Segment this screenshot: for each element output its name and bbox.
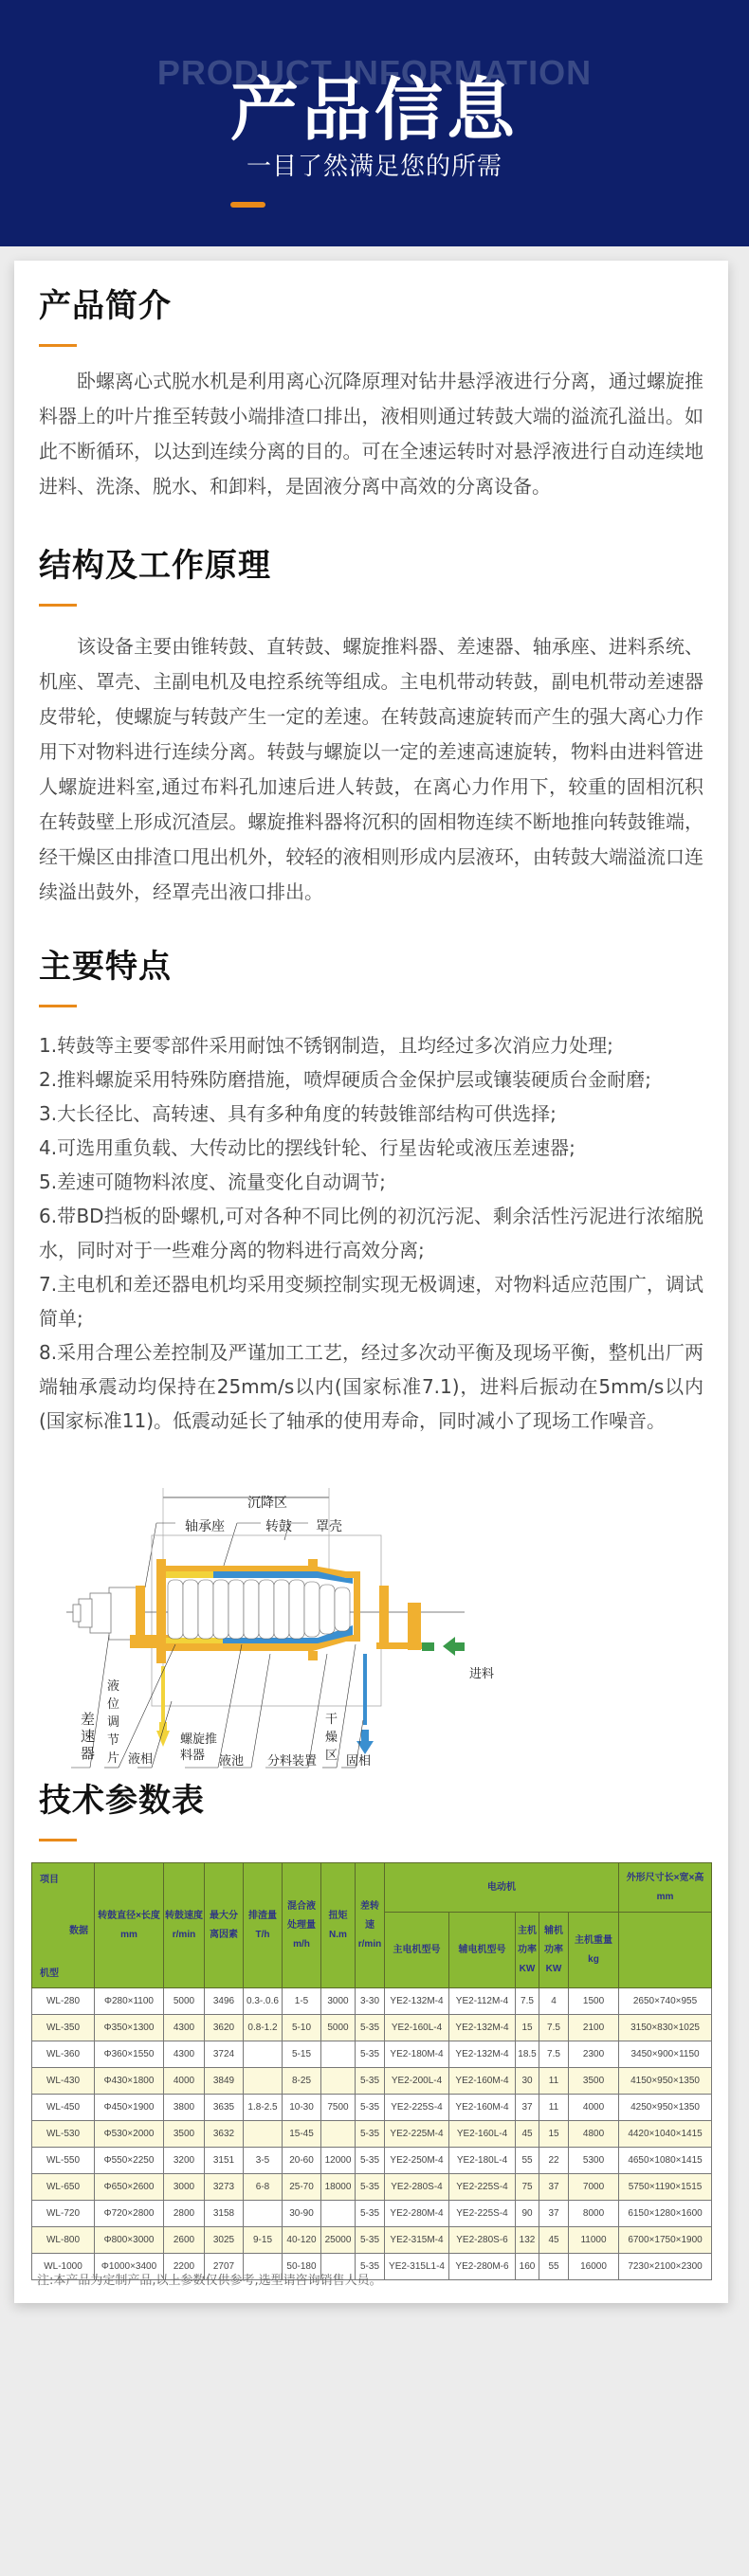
table-cell: 8-25: [283, 2068, 321, 2095]
table-cell: 11000: [569, 2227, 619, 2254]
table-cell: YE2-280M-6: [449, 2254, 516, 2280]
table-cell: YE2-132M-4: [449, 2041, 516, 2068]
table-cell: 5-35: [356, 2068, 385, 2095]
spec-table: 项目 数据 机型 转鼓直径×长度mm 转鼓速度r/min 最大分离因素 排渣量T…: [31, 1862, 712, 2280]
table-cell: 37: [539, 2174, 569, 2201]
table-cell: YE2-280S-6: [449, 2227, 516, 2254]
feature-item: 8.采用合理公差控制及严谨加工工艺，经过多次动平衡及现场平衡，整机出厂两端轴承震…: [39, 1335, 703, 1438]
table-row: WL-650Φ650×2600300032736-825-70180005-35…: [32, 2174, 712, 2201]
banner-subtitle: 一目了然满足您的所需: [0, 147, 749, 182]
col-torque: 扭矩N.m: [321, 1863, 356, 1988]
table-cell: 5300: [569, 2148, 619, 2174]
table-cell: 5-10: [283, 2015, 321, 2041]
table-cell: Φ430×1800: [95, 2068, 164, 2095]
label-differential: 差速器: [81, 1711, 95, 1762]
table-cell: 3496: [205, 1988, 244, 2015]
table-row: WL-360Φ360×1550430037245-155-35YE2-180M-…: [32, 2041, 712, 2068]
corner-model-label: 机型: [40, 1965, 59, 1984]
table-cell: 37: [516, 2095, 539, 2121]
table-cell: 3-30: [356, 1988, 385, 2015]
table-cell: 3500: [569, 2068, 619, 2095]
table-cell: [244, 2121, 283, 2148]
table-cell: YE2-160L-4: [449, 2121, 516, 2148]
table-cell: Φ800×3000: [95, 2227, 164, 2254]
banner-title: 产品信息: [0, 55, 749, 154]
table-cell: 3-5: [244, 2148, 283, 2174]
col-speed: 转鼓速度r/min: [164, 1863, 205, 1988]
table-row: WL-280Φ280×1100500034960.3-.0.61-530003-…: [32, 1988, 712, 2015]
table-cell: WL-650: [32, 2174, 95, 2201]
table-cell: YE2-112M-4: [449, 1988, 516, 2015]
table-cell: WL-800: [32, 2227, 95, 2254]
table-cell: 4250×950×1350: [619, 2095, 712, 2121]
table-cell: 3632: [205, 2121, 244, 2148]
table-cell: 4000: [569, 2095, 619, 2121]
intro-text: 卧螺离心式脱水机是利用离心沉降原理对钻井悬浮液进行分离，通过螺旋推料器上的叶片推…: [39, 364, 703, 504]
table-cell: 5000: [321, 2015, 356, 2041]
label-liquid-phase: 液相: [128, 1749, 153, 1767]
table-cell: 7000: [569, 2174, 619, 2201]
label-distributor: 分料装置: [267, 1751, 317, 1769]
table-cell: 5-35: [356, 2121, 385, 2148]
table-cell: 11: [539, 2068, 569, 2095]
table-cell: 3724: [205, 2041, 244, 2068]
table-cell: 90: [516, 2201, 539, 2227]
table-cell: 3200: [164, 2148, 205, 2174]
table-row: WL-800Φ800×3000260030259-1540-120250005-…: [32, 2227, 712, 2254]
feature-item: 1.转鼓等主要零部件采用耐蚀不锈钢制造，且均经过多次消应力处理;: [39, 1028, 703, 1062]
table-cell: 3000: [321, 1988, 356, 2015]
table-cell: 3000: [164, 2174, 205, 2201]
table-cell: 2800: [164, 2201, 205, 2227]
table-cell: 4300: [164, 2041, 205, 2068]
table-cell: 4650×1080×1415: [619, 2148, 712, 2174]
col-diameter: 转鼓直径×长度mm: [95, 1863, 164, 1988]
table-cell: WL-530: [32, 2121, 95, 2148]
group-motor: 电动机: [385, 1863, 619, 1913]
table-cell: WL-350: [32, 2015, 95, 2041]
table-cell: 37: [539, 2201, 569, 2227]
label-solid-phase: 固相: [346, 1751, 371, 1769]
table-cell: 3849: [205, 2068, 244, 2095]
table-cell: WL-280: [32, 1988, 95, 2015]
table-cell: 4300: [164, 2015, 205, 2041]
table-cell: 4420×1040×1415: [619, 2121, 712, 2148]
table-cell: 3151: [205, 2148, 244, 2174]
features-section: 主要特点 1.转鼓等主要零部件采用耐蚀不锈钢制造，且均经过多次消应力处理; 2.…: [14, 948, 728, 1438]
table-cell: Φ280×1100: [95, 1988, 164, 2015]
table-cell: [321, 2041, 356, 2068]
table-cell: WL-450: [32, 2095, 95, 2121]
table-cell: YE2-160M-4: [449, 2068, 516, 2095]
centrifuge-diagram: 沉降区 轴承座 转鼓 罩壳 差速器 液位调节片 液相 螺旋推料器 液池 分料装置…: [33, 1474, 711, 1787]
table-cell: 3450×900×1150: [619, 2041, 712, 2068]
col-dims: 外形尺寸长×宽×高mm: [619, 1863, 712, 1913]
table-cell: 15-45: [283, 2121, 321, 2148]
table-cell: YE2-315L1-4: [385, 2254, 449, 2280]
table-cell: 25-70: [283, 2174, 321, 2201]
label-screw-pusher: 螺旋推料器: [180, 1732, 220, 1764]
table-cell: 160: [516, 2254, 539, 2280]
intro-section: 产品简介 卧螺离心式脱水机是利用离心沉降原理对钻井悬浮液进行分离，通过螺旋推料器…: [14, 287, 728, 504]
content-card: 产品简介 卧螺离心式脱水机是利用离心沉降原理对钻井悬浮液进行分离，通过螺旋推料器…: [14, 261, 728, 2303]
table-cell: YE2-225S-4: [449, 2174, 516, 2201]
table-cell: Φ650×2600: [95, 2174, 164, 2201]
table-cell: YE2-180M-4: [385, 2041, 449, 2068]
table-cell: YE2-132M-4: [385, 1988, 449, 2015]
col-factor: 最大分离因素: [205, 1863, 244, 1988]
table-cell: 132: [516, 2227, 539, 2254]
table-cell: 55: [516, 2148, 539, 2174]
table-cell: 7.5: [539, 2041, 569, 2068]
table-cell: 12000: [321, 2148, 356, 2174]
table-cell: YE2-225M-4: [385, 2121, 449, 2148]
table-cell: [244, 2201, 283, 2227]
table-cell: 5000: [164, 1988, 205, 2015]
col-aux-motor: 辅电机型号: [449, 1913, 516, 1988]
feature-item: 6.带BD挡板的卧螺机,可对各种不同比例的初沉污泥、剩余活性污泥进行浓缩脱水，同…: [39, 1199, 703, 1267]
feature-item: 3.大长径比、高转速、具有多种角度的转鼓锥部结构可供选择;: [39, 1097, 703, 1131]
table-cell: YE2-280S-4: [385, 2174, 449, 2201]
table-cell: 16000: [569, 2254, 619, 2280]
table-row: WL-720Φ720×28002800315830-905-35YE2-280M…: [32, 2201, 712, 2227]
table-cell: YE2-280M-4: [385, 2201, 449, 2227]
table-cell: 3150×830×1025: [619, 2015, 712, 2041]
table-cell: 6700×1750×1900: [619, 2227, 712, 2254]
table-cell: 5750×1190×1515: [619, 2174, 712, 2201]
table-cell: WL-550: [32, 2148, 95, 2174]
table-cell: 8000: [569, 2201, 619, 2227]
specs-section: 技术参数表: [14, 1782, 728, 1841]
specs-heading: 技术参数表: [39, 1782, 703, 1820]
table-cell: WL-360: [32, 2041, 95, 2068]
table-cell: 2650×740×955: [619, 1988, 712, 2015]
table-cell: 5-15: [283, 2041, 321, 2068]
table-row: WL-550Φ550×2250320031513-520-60120005-35…: [32, 2148, 712, 2174]
table-row: WL-530Φ530×20003500363215-455-35YE2-225M…: [32, 2121, 712, 2148]
banner-accent-bar: [230, 202, 265, 208]
feature-item: 5.差速可随物料浓度、流量变化自动调节;: [39, 1165, 703, 1199]
label-cover: 罩壳: [316, 1516, 342, 1535]
table-cell: 30: [516, 2068, 539, 2095]
corner-item-label: 项目: [40, 1871, 59, 1890]
table-cell: 2300: [569, 2041, 619, 2068]
intro-heading: 产品简介: [39, 287, 703, 325]
table-cell: 6-8: [244, 2174, 283, 2201]
table-cell: 7500: [321, 2095, 356, 2121]
table-cell: YE2-225S-4: [449, 2201, 516, 2227]
table-cell: 18000: [321, 2174, 356, 2201]
label-drum: 转鼓: [265, 1516, 292, 1535]
table-cell: YE2-225S-4: [385, 2095, 449, 2121]
table-cell: YE2-132M-4: [449, 2015, 516, 2041]
table-cell: 4000: [164, 2068, 205, 2095]
table-cell: YE2-315M-4: [385, 2227, 449, 2254]
table-cell: 3025: [205, 2227, 244, 2254]
table-cell: Φ350×1300: [95, 2015, 164, 2041]
features-heading: 主要特点: [39, 948, 703, 986]
col-slag: 排渣量T/h: [244, 1863, 283, 1988]
label-dry-zone: 干燥区: [325, 1711, 338, 1765]
principle-heading: 结构及工作原理: [39, 547, 703, 585]
table-cell: 4800: [569, 2121, 619, 2148]
table-cell: [321, 2201, 356, 2227]
table-cell: 6150×1280×1600: [619, 2201, 712, 2227]
table-cell: 5-35: [356, 2201, 385, 2227]
table-cell: 40-120: [283, 2227, 321, 2254]
table-cell: 45: [539, 2227, 569, 2254]
table-cell: 9-15: [244, 2227, 283, 2254]
table-cell: [244, 2041, 283, 2068]
table-cell: 10-30: [283, 2095, 321, 2121]
table-cell: 3158: [205, 2201, 244, 2227]
table-row: WL-450Φ450×1900380036351.8-2.510-3075005…: [32, 2095, 712, 2121]
feature-item: 4.可选用重负载、大传动比的摆线针轮、行星齿轮或液压差速器;: [39, 1131, 703, 1165]
heading-underline: [39, 344, 77, 347]
feature-item: 2.推料螺旋采用特殊防磨措施，喷焊硬质合金保护层或镶装硬质台金耐磨;: [39, 1062, 703, 1097]
table-cell: 5-35: [356, 2015, 385, 2041]
table-cell: 3273: [205, 2174, 244, 2201]
features-list: 1.转鼓等主要零部件采用耐蚀不锈钢制造，且均经过多次消应力处理; 2.推料螺旋采…: [39, 1028, 703, 1438]
col-main-motor: 主电机型号: [385, 1913, 449, 1988]
table-cell: YE2-250M-4: [385, 2148, 449, 2174]
table-cell: [321, 2068, 356, 2095]
table-cell: 4150×950×1350: [619, 2068, 712, 2095]
col-diff: 差转速r/min: [356, 1863, 385, 1988]
table-cell: 2100: [569, 2015, 619, 2041]
table-cell: 3635: [205, 2095, 244, 2121]
table-cell: 2600: [164, 2227, 205, 2254]
table-cell: 3800: [164, 2095, 205, 2121]
table-cell: YE2-200L-4: [385, 2068, 449, 2095]
table-cell: WL-430: [32, 2068, 95, 2095]
label-feed: 进料: [469, 1663, 494, 1681]
table-cell: 7.5: [539, 2015, 569, 2041]
col-aux-power: 辅机功率KW: [539, 1913, 569, 1988]
table-cell: Φ720×2800: [95, 2201, 164, 2227]
table-cell: Φ360×1550: [95, 2041, 164, 2068]
table-cell: 0.3-.0.6: [244, 1988, 283, 2015]
col-main-power: 主机功率KW: [516, 1913, 539, 1988]
header-banner: PRODUCT INFORMATION 产品信息 一目了然满足您的所需: [0, 0, 749, 246]
label-settling-zone: 沉降区: [247, 1493, 287, 1512]
table-cell: 0.8-1.2: [244, 2015, 283, 2041]
table-cell: Φ450×1900: [95, 2095, 164, 2121]
col-mix: 混合液处理量m/h: [283, 1863, 321, 1988]
table-cell: 15: [516, 2015, 539, 2041]
table-cell: 1500: [569, 1988, 619, 2015]
table-cell: 5-35: [356, 2227, 385, 2254]
corner-data-label: 数据: [69, 1922, 88, 1941]
table-cell: YE2-160M-4: [449, 2095, 516, 2121]
heading-underline: [39, 1005, 77, 1007]
principle-section: 结构及工作原理 该设备主要由锥转鼓、直转鼓、螺旋推料器、差速器、轴承座、进料系统…: [14, 547, 728, 910]
table-cell: YE2-160L-4: [385, 2015, 449, 2041]
corner-header-cell: 项目 数据 机型: [32, 1863, 95, 1988]
heading-underline: [39, 604, 77, 607]
table-cell: 25000: [321, 2227, 356, 2254]
label-level-plate: 液位调节片: [107, 1678, 119, 1768]
spec-note: 注:本产品为定制产品,以上参数仅供参考,选型请咨询销售人员。: [37, 2270, 382, 2288]
table-cell: 11: [539, 2095, 569, 2121]
table-cell: 5-35: [356, 2174, 385, 2201]
table-row: WL-430Φ430×1800400038498-255-35YE2-200L-…: [32, 2068, 712, 2095]
table-cell: [244, 2068, 283, 2095]
table-cell: 1-5: [283, 1988, 321, 2015]
table-cell: 75: [516, 2174, 539, 2201]
table-cell: 15: [539, 2121, 569, 2148]
table-cell: Φ530×2000: [95, 2121, 164, 2148]
table-cell: 18.5: [516, 2041, 539, 2068]
heading-underline: [39, 1839, 77, 1841]
table-cell: 1.8-2.5: [244, 2095, 283, 2121]
table-cell: YE2-180L-4: [449, 2148, 516, 2174]
table-cell: 5-35: [356, 2095, 385, 2121]
col-weight: 主机重量kg: [569, 1913, 619, 1988]
principle-text: 该设备主要由锥转鼓、直转鼓、螺旋推料器、差速器、轴承座、进料系统、机座、罩壳、主…: [39, 629, 703, 910]
table-cell: [321, 2121, 356, 2148]
table-cell: WL-720: [32, 2201, 95, 2227]
table-cell: 55: [539, 2254, 569, 2280]
feature-item: 7.主电机和差还器电机均采用变频控制实现无极调速，对物料适应范围广，调试简单;: [39, 1267, 703, 1335]
table-cell: 7.5: [516, 1988, 539, 2015]
table-cell: 3500: [164, 2121, 205, 2148]
table-cell: 3620: [205, 2015, 244, 2041]
label-bearing-seat: 轴承座: [185, 1516, 225, 1535]
table-cell: 22: [539, 2148, 569, 2174]
table-cell: 7230×2100×2300: [619, 2254, 712, 2280]
table-cell: 30-90: [283, 2201, 321, 2227]
table-row: WL-350Φ350×1300430036200.8-1.25-1050005-…: [32, 2015, 712, 2041]
table-cell: 5-35: [356, 2041, 385, 2068]
table-cell: Φ550×2250: [95, 2148, 164, 2174]
col-dims-blank: [619, 1913, 712, 1988]
table-cell: 45: [516, 2121, 539, 2148]
table-cell: 4: [539, 1988, 569, 2015]
table-cell: 20-60: [283, 2148, 321, 2174]
label-liquid-pool: 液池: [219, 1751, 244, 1769]
spec-table-body: WL-280Φ280×1100500034960.3-.0.61-530003-…: [32, 1988, 712, 2280]
table-cell: 5-35: [356, 2148, 385, 2174]
